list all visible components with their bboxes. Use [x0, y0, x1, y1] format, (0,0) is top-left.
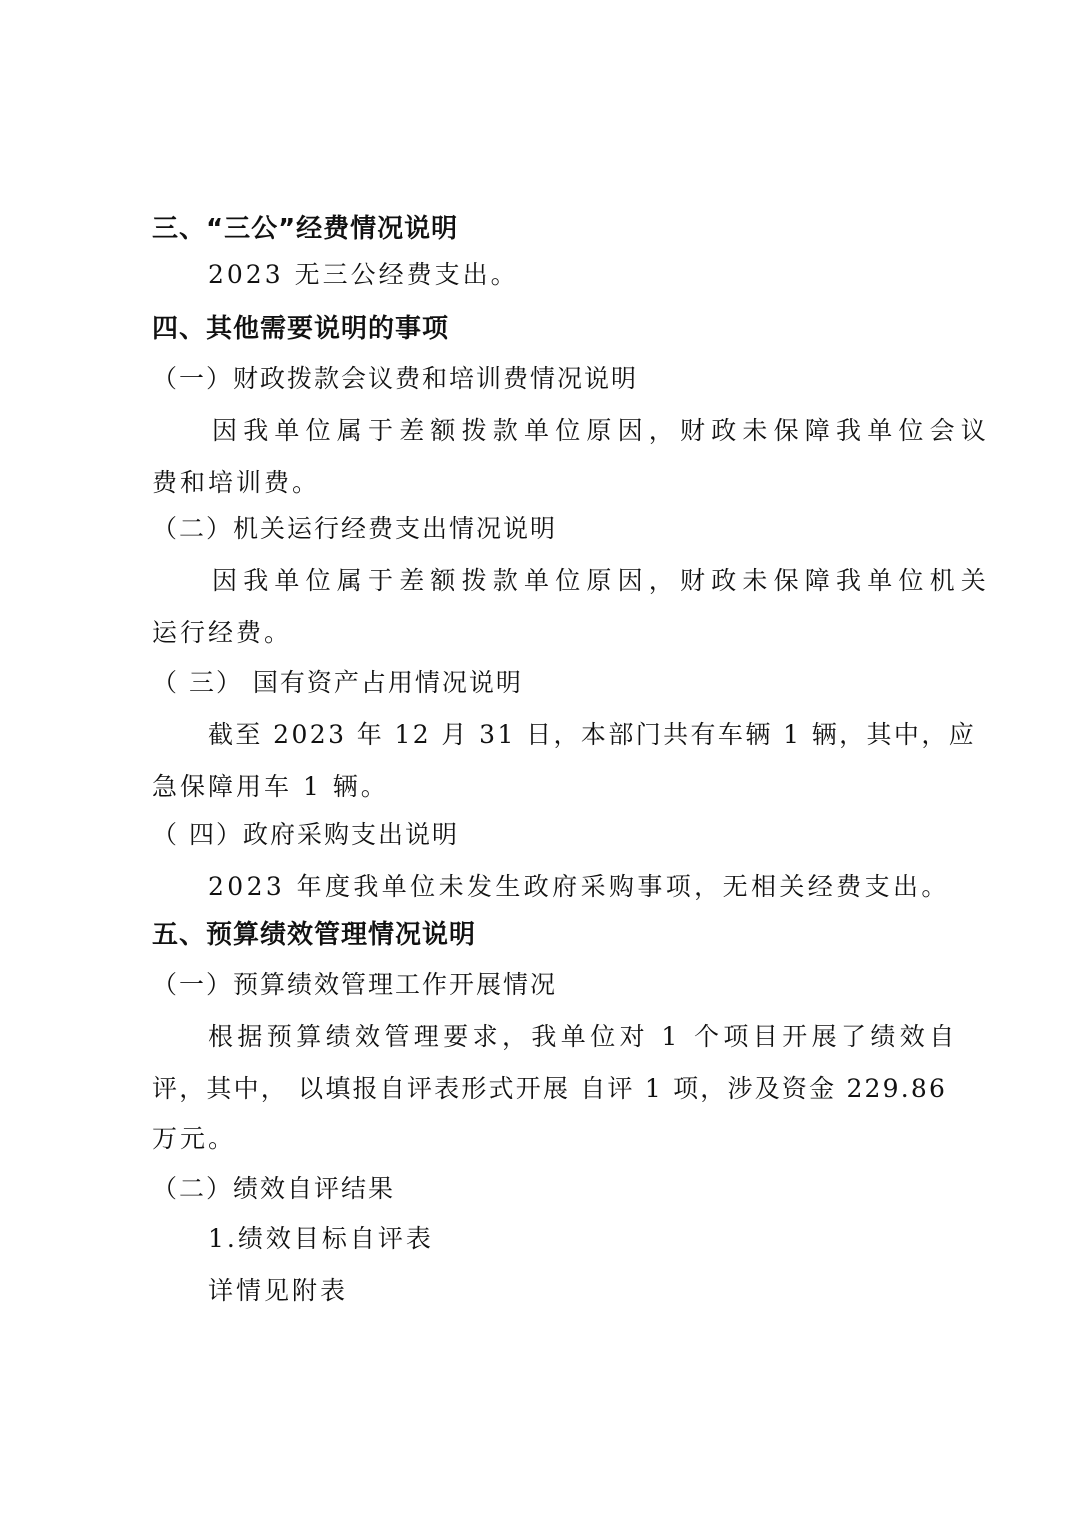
subsection-heading-meeting-training: （一）财政拨款会议费和培训费情况说明	[152, 366, 638, 391]
subsection-heading-state-assets: （ 三） 国有资产占用情况说明	[152, 670, 523, 695]
paragraph-line: 1.绩效目标自评表	[208, 1226, 434, 1251]
paragraph-line: 因我单位属于差额拨款单位原因，财政未保障我单位机关	[212, 568, 992, 593]
subsection-heading-operating-costs: （二）机关运行经费支出情况说明	[152, 516, 557, 541]
paragraph-line: 2023 年度我单位未发生政府采购事项，无相关经费支出。	[208, 874, 950, 899]
paragraph-line: 急保障用车 1 辆。	[152, 774, 389, 799]
subsection-heading-procurement: （ 四）政府采购支出说明	[152, 822, 459, 847]
paragraph-line: 截至 2023 年 12 月 31 日，本部门共有车辆 1 辆，其中，应	[208, 722, 976, 747]
section-heading-performance-management: 五、预算绩效管理情况说明	[152, 922, 476, 948]
paragraph-line: 费和培训费。	[152, 470, 320, 495]
subsection-heading-performance-work: （一）预算绩效管理工作开展情况	[152, 972, 557, 997]
paragraph-line: 根据预算绩效管理要求，我单位对 1 个项目开展了绩效自	[208, 1024, 959, 1049]
paragraph-line: 详情见附表	[208, 1278, 348, 1303]
paragraph-line: 因我单位属于差额拨款单位原因，财政未保障我单位会议	[212, 418, 992, 443]
section-heading-other-matters: 四、其他需要说明的事项	[152, 316, 449, 342]
paragraph-line: 运行经费。	[152, 620, 292, 645]
paragraph-line: 2023 无三公经费支出。	[208, 262, 519, 287]
section-heading-three-public-expenses: 三、“三公”经费情况说明	[152, 216, 458, 242]
paragraph-line: 万元。	[152, 1126, 236, 1151]
subsection-heading-self-evaluation-results: （二）绩效自评结果	[152, 1176, 395, 1201]
paragraph-line: 评，其中， 以填报自评表形式开展 自评 1 项，涉及资金 229.86	[152, 1076, 947, 1101]
